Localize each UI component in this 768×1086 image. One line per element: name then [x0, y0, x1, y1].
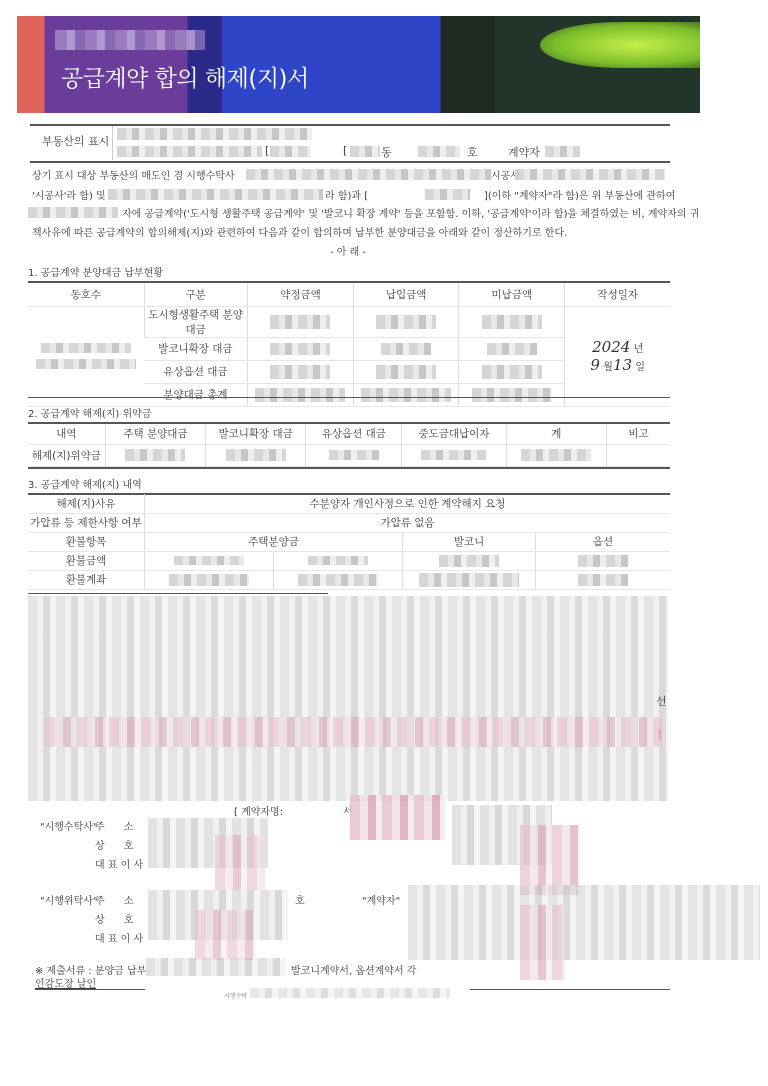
margin-glyph: |	[658, 727, 662, 740]
redacted-text	[146, 958, 286, 976]
contractor-label: 계약자	[508, 144, 540, 160]
col-category: 구분	[144, 283, 247, 306]
redacted-dong	[350, 146, 380, 157]
category-cell: 유상옵션 대금	[144, 360, 247, 383]
document-header-banner: 공급계약 합의 해제(지)서	[17, 16, 700, 113]
stamp-seal	[350, 795, 445, 840]
contractor-sign-label: "계약자"	[362, 892, 400, 907]
col-unit: 동호수	[28, 283, 144, 306]
refund-item-housing: 주택분양금	[145, 532, 403, 551]
section2-heading: 2. 공급계약 해제(지) 위약금	[28, 405, 151, 420]
banner-decoration	[540, 22, 700, 68]
restriction-value: 가압류 없음	[145, 513, 671, 532]
divider	[470, 989, 670, 990]
unit-cell	[28, 306, 144, 406]
redacted-address	[117, 128, 312, 140]
section1-heading: 1. 공급계약 분양대금 납부현황	[28, 264, 163, 279]
redacted-building	[117, 146, 262, 157]
redacted-text	[425, 189, 470, 200]
restriction-label: 가압류 등 제한사항 여부	[28, 513, 145, 532]
divider	[35, 989, 145, 990]
payment-status-table: 동호수 구분 약정금액 납입금액 미납금액 작성일자 도시형생활주택 분양대금 …	[28, 283, 670, 407]
category-cell: 도시형생활주택 분양대금	[144, 306, 247, 337]
submission-docs-b: 발코니계약서, 옵션계약서 각	[291, 962, 416, 977]
col-paid-amount: 납입금액	[354, 283, 459, 306]
intro-line-4: 책사유에 따른 공급계약의 합의해제(지)와 관련하여 다음과 같이 합의하며 …	[32, 224, 567, 239]
trustor-address-label: 주 소	[95, 892, 133, 907]
col-total: 계	[506, 424, 606, 444]
col-balcony: 발코니확장 대금	[206, 424, 306, 444]
divider	[30, 124, 670, 126]
trustee-label: "시행수탁사"	[40, 818, 98, 833]
penalty-row-label: 해제(지)위약금	[28, 444, 105, 466]
redacted-terms-block	[28, 596, 668, 801]
redacted-text	[28, 207, 118, 218]
redacted-text	[246, 169, 491, 180]
document-title: 공급계약 합의 해제(지)서	[61, 60, 309, 93]
redacted-text	[250, 988, 450, 998]
contract-name-label: [ 계약자명:	[234, 803, 283, 818]
date-cell: 2024 년 9 월13 일	[565, 306, 670, 406]
intro-line-1a: 상기 표시 대상 부동산의 매도인 겸 시행수탁사	[32, 167, 235, 182]
redacted-text	[108, 189, 323, 200]
redacted-text	[515, 169, 665, 180]
stamp-seal	[195, 910, 255, 960]
refund-amount-label: 환불금액	[28, 551, 145, 570]
redacted-ho	[418, 146, 460, 157]
trustor-company-label: 상 호	[95, 911, 133, 926]
trustee-address-label: 주 소	[95, 818, 133, 833]
refund-account-label: 환불계좌	[28, 570, 145, 589]
col-contract-amount: 약정금액	[247, 283, 354, 306]
divider	[28, 593, 328, 594]
reason-label: 해제(지)사유	[28, 494, 145, 513]
divider	[28, 397, 670, 398]
refund-item-option: 옵션	[536, 532, 671, 551]
stamp-caption: 시행수탁	[224, 991, 247, 1000]
dong-suffix: 동	[381, 144, 392, 160]
redacted-stamp-area	[45, 717, 665, 747]
section3-heading: 3. 공급계약 해제(지) 내역	[28, 476, 142, 491]
notice-heading: - 아 래 -	[330, 243, 366, 258]
col-interest: 중도금대납이자	[402, 424, 506, 444]
trustor-label: "시행위탁사"	[40, 892, 98, 907]
termination-details-table: 해제(지)사유 수분양자 개인사정으로 인한 계약해지 요청 가압류 등 제한사…	[28, 494, 670, 590]
trustor-ho-suffix: 호	[295, 892, 305, 907]
intro-line-2c: ](이하 "계약자"라 함)은 위 부동산에 관하여	[484, 187, 675, 202]
col-item: 내역	[28, 424, 105, 444]
refund-item-balcony: 발코니	[403, 532, 536, 551]
ho-suffix: 호	[467, 144, 478, 160]
property-label: 부동산의 표시	[42, 133, 109, 149]
intro-line-2a: '시공사'라 함) 및 .	[32, 187, 112, 202]
margin-glyph: 선	[656, 693, 667, 709]
redacted-contractor-sign	[408, 885, 760, 960]
col-note: 비고	[607, 424, 671, 444]
divider	[28, 467, 670, 469]
trustee-ceo-label: 대 표 이 사	[95, 856, 143, 871]
stamp-seal	[215, 835, 265, 890]
redacted-company-name	[55, 30, 205, 50]
redacted-contractor	[545, 146, 580, 157]
category-cell: 발코니확장 대금	[144, 337, 247, 360]
stamp-seal	[520, 905, 565, 980]
col-date: 작성일자	[565, 283, 670, 306]
refund-item-label: 환불항목	[28, 532, 145, 551]
col-unpaid-amount: 미납금액	[458, 283, 564, 306]
reason-value: 수분양자 개인사정으로 인한 계약해지 요청	[145, 494, 671, 513]
intro-line-2b: 라 함)과 [	[325, 187, 368, 202]
divider	[112, 126, 113, 160]
trustor-ceo-label: 대 표 이 사	[95, 930, 143, 945]
category-cell: 분양대금 총계	[144, 383, 247, 406]
trustee-company-label: 상 호	[95, 837, 133, 852]
col-option: 유상옵션 대금	[306, 424, 402, 444]
intro-line-3: 자에 공급계약('도시형 생활주택 공급계약' 및 '발코니 확장 계약' 등을…	[122, 205, 699, 220]
divider	[30, 161, 670, 163]
submission-docs-c: 인감도장 날인	[35, 975, 96, 990]
penalty-table: 내역 주택 분양대금 발코니확장 대금 유상옵션 대금 중도금대납이자 계 비고…	[28, 424, 670, 467]
redacted-field	[270, 146, 310, 157]
col-housing: 주택 분양대금	[105, 424, 205, 444]
